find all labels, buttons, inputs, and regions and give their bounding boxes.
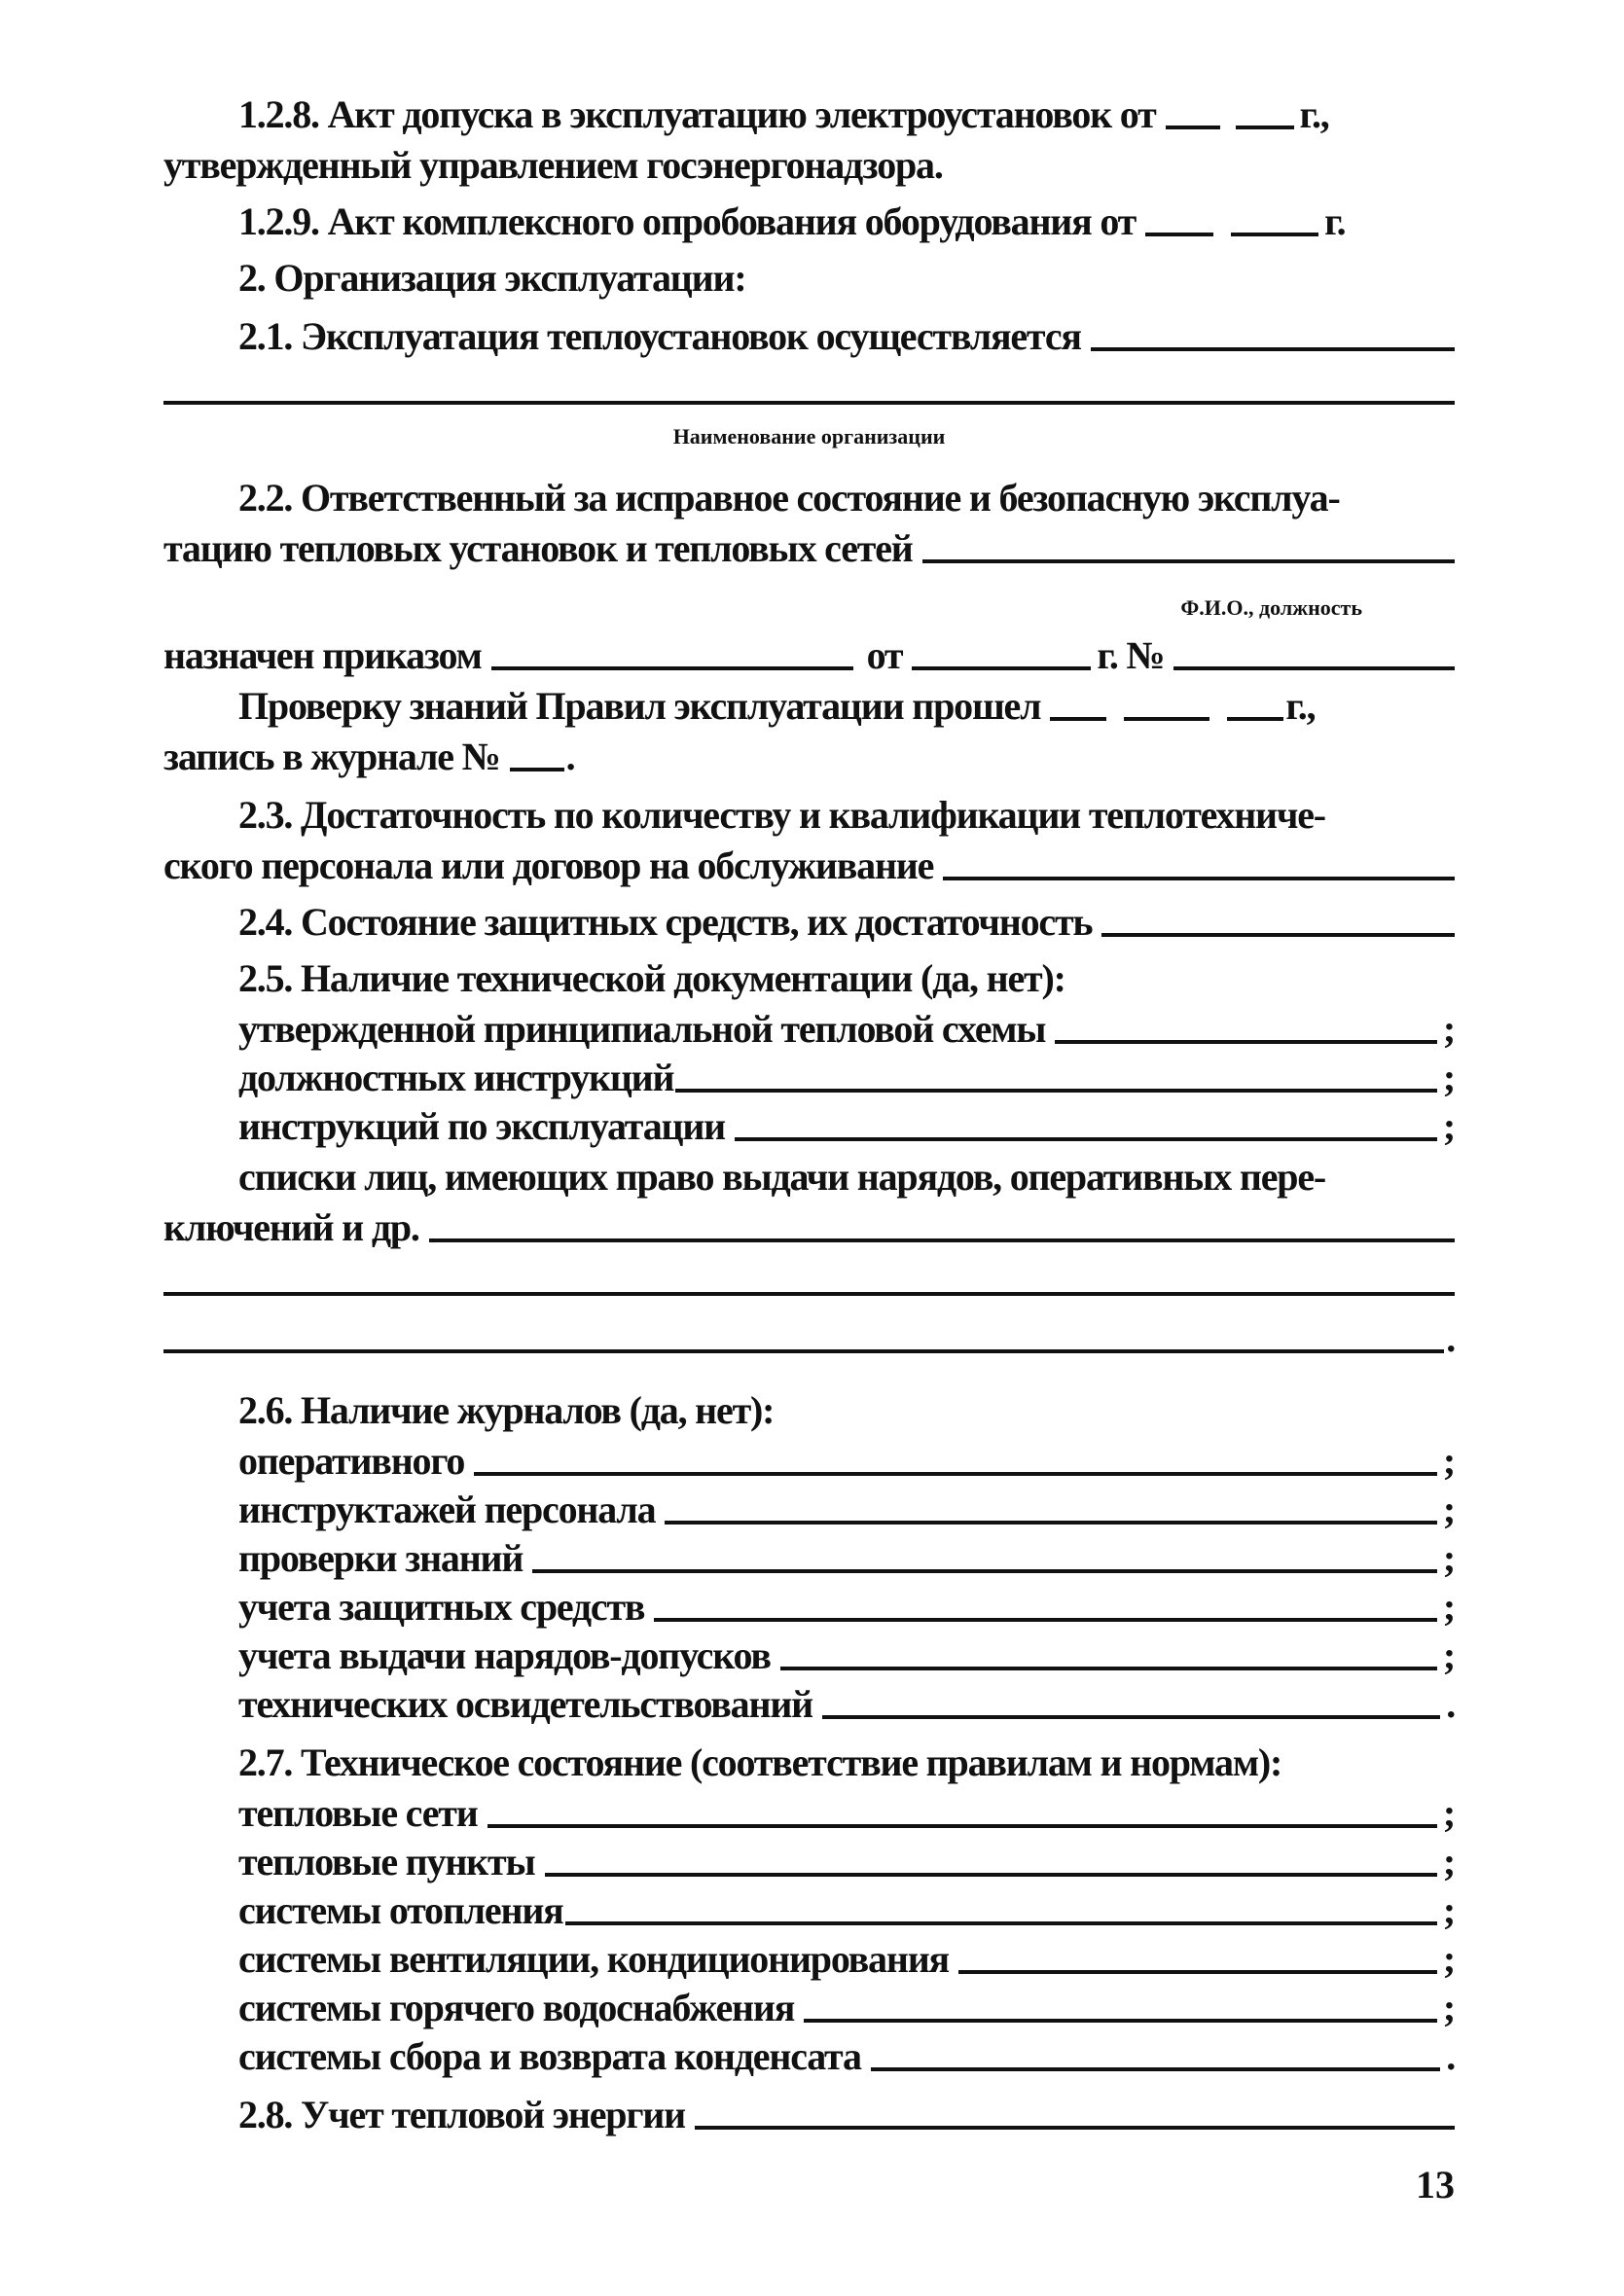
- exam-suffix: г.,: [1285, 683, 1315, 730]
- order-name-blank[interactable]: [491, 666, 853, 670]
- item-2-3-line1: 2.3. Достаточность по количеству и квали…: [163, 788, 1455, 839]
- section-2-title: 2. Организация эксплуатации:: [238, 255, 745, 302]
- doc-field-blank[interactable]: [735, 1137, 1437, 1141]
- journal-suffix: .: [566, 734, 575, 780]
- condition-field-row: тепловые сети ;: [163, 1786, 1455, 1837]
- personnel-blank[interactable]: [943, 877, 1455, 880]
- responsible-caption: Ф.И.О., должность: [163, 592, 1455, 621]
- organization-caption: Наименование организации: [163, 420, 1455, 449]
- item-2-8-text: 2.8. Учет тепловой энергии: [238, 2092, 685, 2138]
- condition-field-label: системы отопления: [238, 1887, 563, 1934]
- journal-field-label: инструктажей персонала: [238, 1487, 655, 1533]
- item-2-7-title: 2.7. Техническое состояние (соответствие…: [238, 1740, 1281, 1786]
- journal-text: запись в журнале №: [163, 734, 500, 780]
- order-number-blank[interactable]: [1173, 666, 1455, 670]
- condition-field-blank[interactable]: [565, 1921, 1437, 1925]
- item-2-1: 2.1. Эксплуатация теплоустановок осущест…: [163, 309, 1455, 360]
- journal-field-end: ;: [1443, 1584, 1455, 1631]
- item-1-2-8-line1: 1.2.8. Акт допуска в эксплуатацию электр…: [163, 88, 1455, 138]
- condition-field-label: системы вентиляции, кондиционирования: [238, 1936, 949, 1983]
- journal-field-label: проверки знаний: [238, 1535, 523, 1582]
- item-2-1-text: 2.1. Эксплуатация теплоустановок осущест…: [238, 313, 1081, 360]
- condition-field-end: ;: [1443, 1936, 1455, 1983]
- order-label: назначен приказом: [163, 632, 482, 679]
- item-1-2-9: 1.2.9. Акт комплексного опробования обор…: [163, 195, 1455, 245]
- item-2-4-text: 2.4. Состояние защитных средств, их дост…: [238, 899, 1092, 946]
- doc-field-blank[interactable]: [1055, 1040, 1437, 1044]
- condition-field-end: ;: [1443, 1839, 1455, 1885]
- item-2-3-text: 2.3. Достаточность по количеству и квали…: [238, 792, 1325, 839]
- exam-text: Проверку знаний Правил эксплуатации прош…: [238, 683, 1040, 730]
- lists-blank-line3[interactable]: [163, 1349, 1444, 1353]
- condition-field-label: тепловые сети: [238, 1790, 478, 1837]
- lists-line4: .: [163, 1311, 1455, 1362]
- year-suffix: г.: [1324, 198, 1345, 245]
- organization-caption-text: Наименование организации: [673, 424, 946, 449]
- condition-field-row: системы вентиляции, кондиционирования ;: [163, 1932, 1455, 1983]
- condition-field-row: системы горячего водоснабжения ;: [163, 1981, 1455, 2031]
- date-blank-month[interactable]: [1236, 126, 1294, 129]
- journal-field-label: учета защитных средств: [238, 1584, 644, 1631]
- lists-line2: ключений и др.: [163, 1201, 1455, 1251]
- condition-field-blank[interactable]: [958, 1970, 1437, 1974]
- doc-field-blank[interactable]: [675, 1089, 1437, 1093]
- condition-field-end: .: [1446, 2033, 1455, 2080]
- condition-field-end: ;: [1443, 1790, 1455, 1837]
- condition-field-blank[interactable]: [871, 2067, 1440, 2071]
- condition-field-end: ;: [1443, 1985, 1455, 2031]
- condition-field-row: системы сбора и возврата конденсата .: [163, 2029, 1455, 2080]
- journal-field-label: технических освидетельствований: [238, 1681, 812, 1728]
- journal-field-end: ;: [1443, 1535, 1455, 1582]
- journal-field-end: ;: [1443, 1438, 1455, 1485]
- doc-field-label: инструкций по эксплуатации: [238, 1103, 725, 1150]
- journal-field-blank[interactable]: [780, 1667, 1437, 1670]
- item-1-2-8-text-cont: утвержденный управлением госэнергонадзор…: [163, 142, 943, 189]
- journal-field-blank[interactable]: [474, 1472, 1437, 1476]
- journal-field-row: учета выдачи нарядов-допусков ;: [163, 1629, 1455, 1679]
- item-1-2-8-text: 1.2.8. Акт допуска в эксплуатацию электр…: [238, 91, 1156, 138]
- page-number: 13: [1416, 2162, 1455, 2208]
- journal-field-end: ;: [1443, 1632, 1455, 1679]
- responsible-caption-text: Ф.И.О., должность: [1180, 595, 1362, 621]
- condition-field-label: системы сбора и возврата конденсата: [238, 2033, 861, 2080]
- order-year-no-label: г. №: [1097, 632, 1164, 679]
- item-1-2-9-text: 1.2.9. Акт комплексного опробования обор…: [238, 198, 1136, 245]
- organization-blank[interactable]: [1091, 347, 1455, 351]
- date-blank-day[interactable]: [1166, 126, 1220, 129]
- condition-field-label: тепловые пункты: [238, 1839, 535, 1885]
- condition-field-label: системы горячего водоснабжения: [238, 1985, 794, 2031]
- order-from-label: от: [867, 632, 903, 679]
- date-blank-month[interactable]: [1231, 233, 1318, 236]
- lists-text: списки лиц, имеющих право выдачи нарядов…: [238, 1154, 1325, 1201]
- condition-field-blank[interactable]: [804, 2019, 1437, 2023]
- exam-date-day-blank[interactable]: [1050, 717, 1106, 721]
- responsible-person-blank[interactable]: [922, 559, 1455, 563]
- protective-means-blank[interactable]: [1101, 933, 1455, 937]
- lists-end: .: [1446, 1315, 1455, 1362]
- lists-line1: списки лиц, имеющих право выдачи нарядов…: [163, 1150, 1455, 1201]
- condition-field-blank[interactable]: [487, 1824, 1437, 1828]
- exam-date-month-blank[interactable]: [1124, 717, 1209, 721]
- journal-field-blank[interactable]: [665, 1521, 1436, 1525]
- condition-field-row: тепловые пункты ;: [163, 1835, 1455, 1885]
- lists-blank-line2[interactable]: [163, 1292, 1455, 1296]
- year-suffix: г.,: [1300, 91, 1329, 138]
- doc-field-label: должностных инструкций: [238, 1055, 673, 1101]
- journal-field-row: учета защитных средств ;: [163, 1580, 1455, 1631]
- item-2-3-text-cont: ского персонала или договор на обслужива…: [163, 843, 933, 889]
- item-2-5-title: 2.5. Наличие технической документации (д…: [238, 955, 1065, 1002]
- condition-field-end: ;: [1443, 1887, 1455, 1934]
- journal-field-end: .: [1446, 1681, 1455, 1728]
- item-2-3-line2: ского персонала или договор на обслужива…: [163, 839, 1455, 889]
- item-2-2-text: 2.2. Ответственный за исправное состояни…: [238, 475, 1340, 521]
- journal-field-blank[interactable]: [532, 1569, 1437, 1573]
- date-blank-day[interactable]: [1145, 233, 1213, 236]
- organization-blank-line2[interactable]: [163, 401, 1455, 405]
- item-1-2-8-line2: утвержденный управлением госэнергонадзор…: [163, 138, 1455, 189]
- heat-metering-blank[interactable]: [695, 2126, 1455, 2130]
- doc-field-label: утвержденной принципиальной тепловой схе…: [238, 1006, 1045, 1053]
- doc-field-end: ;: [1443, 1055, 1455, 1101]
- item-2-6-title: 2.6. Наличие журналов (да, нет):: [238, 1387, 774, 1434]
- item-2-5-heading: 2.5. Наличие технической документации (д…: [163, 951, 1455, 1002]
- order-date-blank[interactable]: [912, 666, 1091, 670]
- journal-number-blank[interactable]: [510, 768, 564, 771]
- item-2-7-heading: 2.7. Техническое состояние (соответствие…: [163, 1736, 1455, 1786]
- lists-blank[interactable]: [429, 1238, 1455, 1242]
- section-2-heading: 2. Организация эксплуатации:: [163, 251, 1455, 302]
- item-2-6-heading: 2.6. Наличие журналов (да, нет):: [163, 1383, 1455, 1434]
- journal-field-row: технических освидетельствований .: [163, 1677, 1455, 1728]
- journal-field-blank[interactable]: [822, 1715, 1440, 1719]
- condition-field-row: системы отопления ;: [163, 1883, 1455, 1934]
- item-2-2-text-cont: тацию тепловых установок и тепловых сете…: [163, 525, 913, 572]
- item-2-4: 2.4. Состояние защитных средств, их дост…: [163, 895, 1455, 946]
- item-2-2-line2: тацию тепловых установок и тепловых сете…: [163, 521, 1455, 572]
- doc-field-end: ;: [1443, 1103, 1455, 1150]
- journal-line: запись в журнале № .: [163, 730, 1455, 780]
- exam-line: Проверку знаний Правил эксплуатации прош…: [163, 679, 1455, 730]
- journal-field-label: оперативного: [238, 1438, 464, 1485]
- journal-field-end: ;: [1443, 1487, 1455, 1533]
- journal-field-blank[interactable]: [654, 1618, 1437, 1622]
- lists-text-cont: ключений и др.: [163, 1204, 419, 1251]
- journal-field-row: проверки знаний ;: [163, 1531, 1455, 1582]
- doc-field-row: должностных инструкций ;: [163, 1051, 1455, 1101]
- journal-field-row: инструктажей персонала ;: [163, 1483, 1455, 1533]
- item-2-8: 2.8. Учет тепловой энергии: [163, 2088, 1455, 2138]
- doc-field-end: ;: [1443, 1006, 1455, 1053]
- condition-field-blank[interactable]: [545, 1873, 1437, 1877]
- journal-field-label: учета выдачи нарядов-допусков: [238, 1632, 771, 1679]
- exam-date-year-blank[interactable]: [1227, 717, 1283, 721]
- item-2-2-line1: 2.2. Ответственный за исправное состояни…: [163, 471, 1455, 521]
- order-line: назначен приказом от г. №: [163, 628, 1455, 679]
- doc-field-row: инструкций по эксплуатации ;: [163, 1099, 1455, 1150]
- journal-field-row: оперативного ;: [163, 1434, 1455, 1485]
- doc-field-row: утвержденной принципиальной тепловой схе…: [163, 1002, 1455, 1053]
